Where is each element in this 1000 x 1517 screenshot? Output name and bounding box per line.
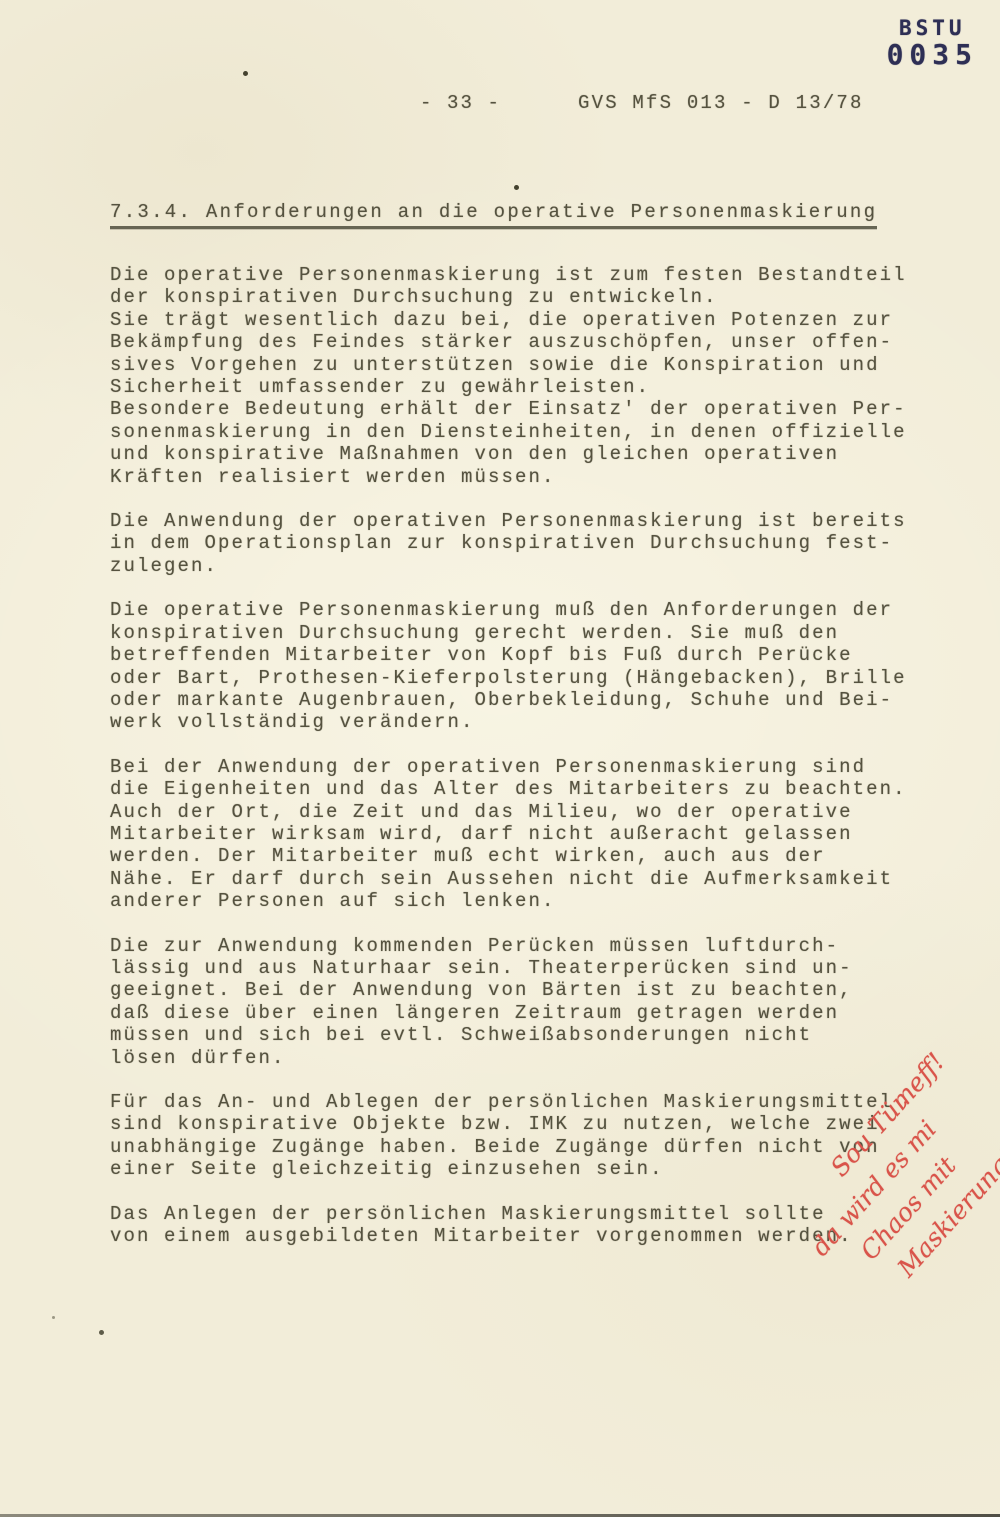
paragraph: Die operative Personenmaskierung ist zum… [110,264,932,488]
ink-speck [99,1330,104,1335]
paragraph: Bei der Anwendung der operativen Persone… [110,756,932,913]
page-number: - 33 - [420,92,501,114]
body-text: Die operative Personenmaskierung ist zum… [110,264,932,1269]
stamp-number: 0035 [887,40,978,70]
paragraph: Die Anwendung der operativen Personenmas… [110,510,932,577]
paragraph: Die zur Anwendung kommenden Perücken müs… [110,935,932,1069]
stamp-text: BSTU [887,16,978,40]
document-reference: GVS MfS 013 - D 13/78 [578,92,864,114]
paragraph: Für das An- und Ablegen der persönlichen… [110,1091,932,1181]
scanned-document: { "stamp": { "line1": "BSTU", "line2": "… [0,0,1000,1517]
ink-speck [514,185,519,190]
paragraph: Die operative Personenmaskierung muß den… [110,599,932,733]
ink-speck [243,71,248,76]
ink-speck [52,1316,55,1319]
bstu-stamp: BSTU 0035 [887,16,978,70]
section-heading: 7.3.4. Anforderungen an die operative Pe… [110,201,877,229]
